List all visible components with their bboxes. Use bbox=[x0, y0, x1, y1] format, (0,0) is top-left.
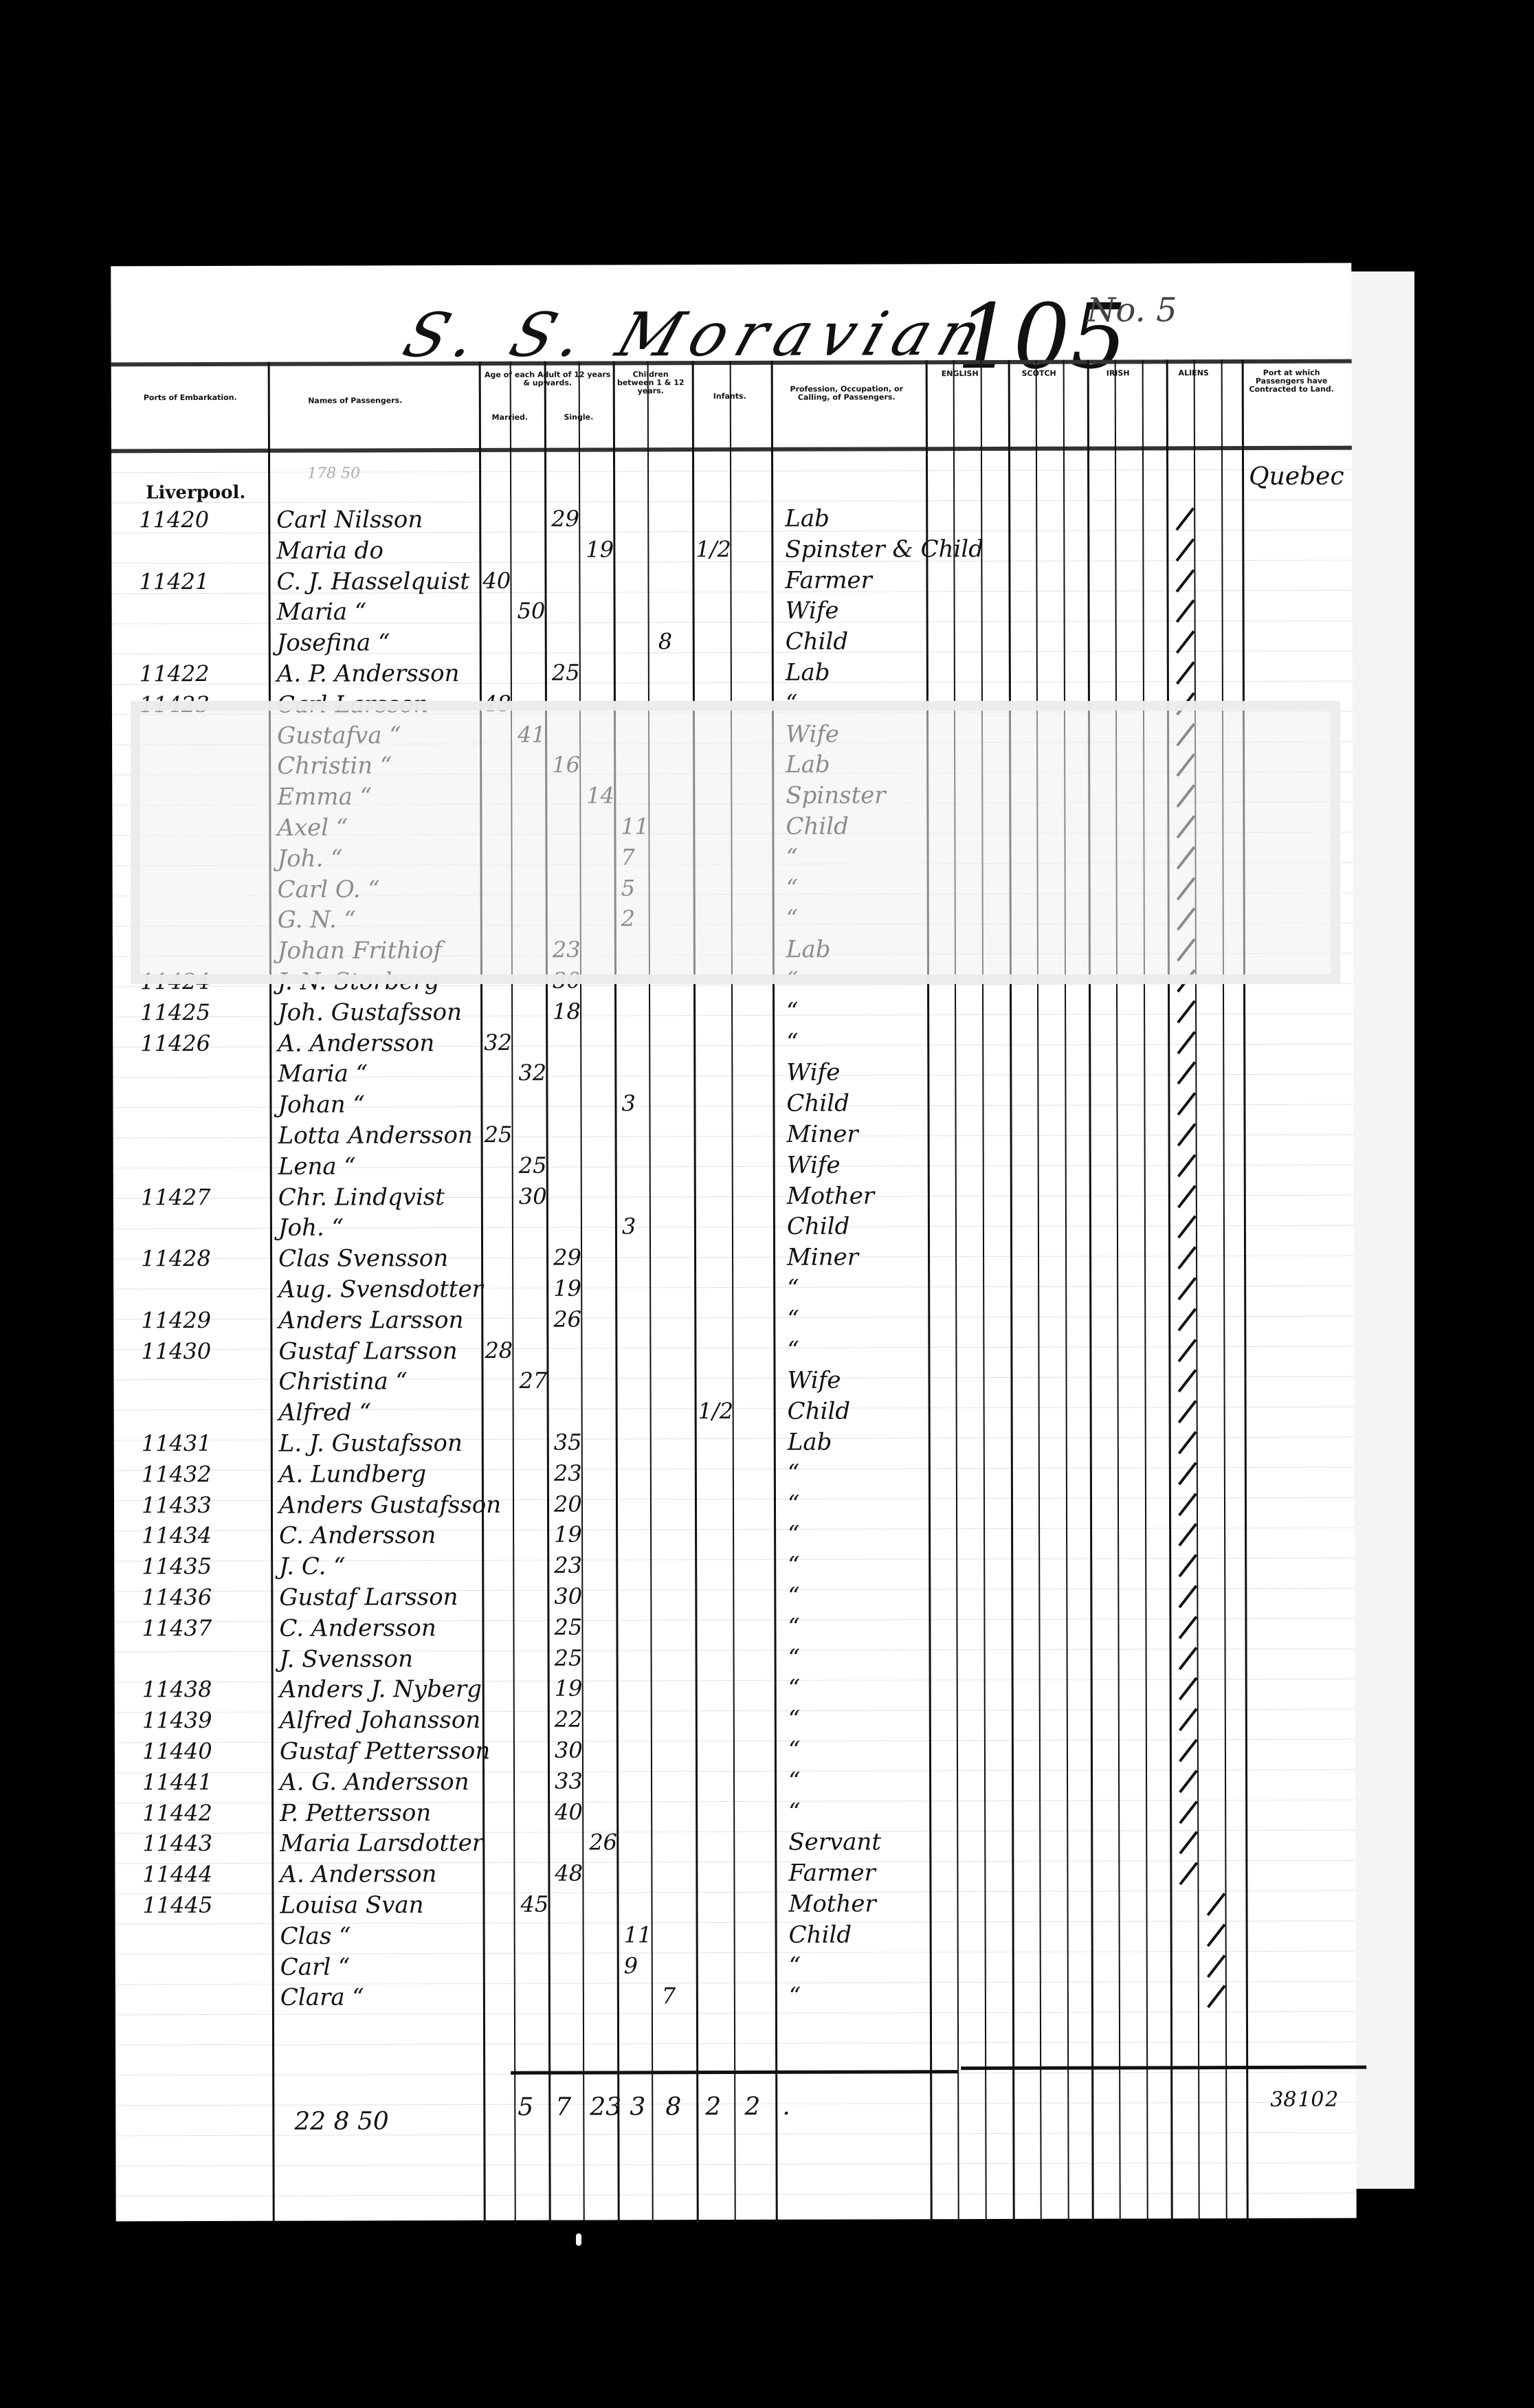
table-row: 11445Louisa Svan45Mother bbox=[115, 1889, 1355, 1923]
cell-name: Anders J. Nyberg bbox=[280, 1675, 482, 1704]
total-aliens-b: 10 bbox=[1298, 2088, 1324, 2112]
cell-ticket: 11431 bbox=[142, 1430, 212, 1456]
cell-occupation: Miner bbox=[787, 1121, 858, 1148]
cell-occupation: Lab bbox=[788, 1429, 832, 1456]
cell-ticket: 11442 bbox=[142, 1800, 212, 1826]
header-english: ENGLISH bbox=[922, 370, 998, 378]
cell-name: Clas Svensson bbox=[278, 1245, 448, 1273]
cell-ticket: 11430 bbox=[141, 1338, 211, 1364]
column-rules bbox=[111, 263, 1351, 267]
alien-tick-mark bbox=[1177, 1062, 1197, 1085]
cell-married-m: 40 bbox=[482, 567, 511, 593]
cell-child-m: 3 bbox=[622, 1214, 636, 1240]
cell-infant-m: 1/2 bbox=[698, 1398, 734, 1424]
cell-name: C. Andersson bbox=[279, 1522, 436, 1550]
totals-rule-right bbox=[961, 2066, 1366, 2071]
cell-married-f: 50 bbox=[518, 598, 546, 624]
cell-name: Anders Larsson bbox=[278, 1306, 463, 1335]
cell-single-m: 33 bbox=[555, 1768, 583, 1794]
total-child-m: 8 bbox=[665, 2093, 681, 2121]
table-row: 11421C. J. Hasselquist40Farmer bbox=[111, 565, 1352, 599]
cell-occupation: Child bbox=[786, 628, 849, 656]
cell-ticket: 11433 bbox=[142, 1492, 212, 1518]
cell-ticket: 11435 bbox=[142, 1553, 212, 1579]
header-ports: Ports of Embarkation. bbox=[125, 394, 256, 402]
cell-child-m: 3 bbox=[621, 1091, 635, 1117]
alien-tick-mark bbox=[1177, 1154, 1197, 1177]
table-row: 11432A. Lundberg23“ bbox=[114, 1458, 1355, 1491]
cell-occupation: “ bbox=[788, 1490, 799, 1517]
passenger-rows: 11420Carl Nilsson29LabMaria do191/2Spins… bbox=[111, 263, 1351, 267]
table-row: Aug. Svensdotter19“ bbox=[113, 1273, 1354, 1307]
cell-married-f: 32 bbox=[518, 1060, 546, 1086]
table-row: Christina “27Wife bbox=[113, 1365, 1354, 1399]
cell-occupation: “ bbox=[788, 1644, 800, 1671]
alien-tick-mark bbox=[1177, 1092, 1197, 1115]
page-edge bbox=[1347, 271, 1414, 2189]
cell-single-m: 25 bbox=[554, 1614, 582, 1640]
cell-ticket: 11444 bbox=[142, 1861, 212, 1887]
table-row: Maria do191/2Spinster & Child bbox=[111, 534, 1352, 568]
table-row: 11430Gustaf Larsson28“ bbox=[113, 1335, 1354, 1368]
cell-ticket: 11427 bbox=[141, 1184, 211, 1210]
passenger-list-page: S. S. Moravian 105 No. 5 Ports of Embark… bbox=[111, 263, 1356, 2222]
table-row: 11420Carl Nilsson29Lab bbox=[111, 504, 1352, 537]
table-row: 11428Clas Svensson29Miner bbox=[113, 1242, 1354, 1276]
table-row: 11431L. J. Gustafsson35Lab bbox=[114, 1427, 1355, 1461]
cell-occupation: Servant bbox=[788, 1829, 881, 1856]
alien-tick-mark bbox=[1179, 1831, 1198, 1855]
total-single-m: 23 bbox=[590, 2093, 621, 2121]
alien-tick-mark bbox=[1176, 630, 1195, 654]
alien-tick-mark bbox=[1177, 1246, 1197, 1269]
total-infant-m: 2 bbox=[744, 2093, 760, 2121]
cell-occupation: Wife bbox=[786, 597, 839, 625]
table-row: 11427Chr. Lindqvist30Mother bbox=[113, 1181, 1354, 1214]
alien-tick-mark bbox=[1178, 1554, 1197, 1577]
cell-married-m: 32 bbox=[484, 1029, 512, 1055]
table-row: 11438Anders J. Nyberg19“ bbox=[115, 1673, 1355, 1707]
table-row: 11440Gustaf Pettersson30“ bbox=[115, 1735, 1355, 1769]
cell-ticket: 11421 bbox=[139, 568, 209, 594]
table-row: 11435J. C. “23“ bbox=[114, 1550, 1355, 1584]
cell-name: Lena “ bbox=[278, 1152, 356, 1180]
cell-name: Josefina “ bbox=[277, 629, 390, 656]
table-row: Joh. “3Child bbox=[113, 1212, 1354, 1245]
table-row: 11422A. P. Andersson25Lab bbox=[112, 658, 1353, 691]
total-aliens-a: 38 bbox=[1270, 2088, 1296, 2112]
cell-occupation: Spinster & Child bbox=[785, 535, 983, 564]
cell-single-f: 19 bbox=[586, 536, 614, 562]
alien-tick-mark bbox=[1177, 1277, 1197, 1300]
cell-name: Johan “ bbox=[278, 1091, 364, 1119]
cell-name: A. Lundberg bbox=[279, 1460, 426, 1489]
cell-name: A. G. Andersson bbox=[280, 1768, 469, 1796]
cell-name: L. J. Gustafsson bbox=[279, 1429, 463, 1458]
alien-tick-mark bbox=[1176, 661, 1195, 684]
cell-name: Alfred “ bbox=[279, 1399, 371, 1427]
cell-occupation: “ bbox=[788, 1583, 799, 1610]
cell-single-m: 26 bbox=[553, 1306, 581, 1332]
cell-married-f: 25 bbox=[519, 1152, 547, 1179]
cell-name: Gustaf Pettersson bbox=[280, 1737, 490, 1765]
cell-married-f: 30 bbox=[519, 1183, 547, 1209]
table-row: 11426A. Andersson32“ bbox=[113, 1027, 1353, 1060]
cell-single-m: 29 bbox=[551, 506, 579, 532]
table-row: Carl “9“ bbox=[115, 1950, 1356, 1984]
table-row: Maria “32Wife bbox=[113, 1058, 1353, 1091]
cell-name: Anders Gustafsson bbox=[279, 1491, 501, 1519]
alien-tick-mark bbox=[1175, 507, 1194, 531]
cell-occupation: “ bbox=[787, 1275, 799, 1302]
cell-single-m: 25 bbox=[552, 660, 580, 686]
alien-tick-mark bbox=[1179, 1616, 1198, 1639]
cell-name: Clara “ bbox=[280, 1984, 364, 2011]
pencil-note: 178 50 bbox=[307, 465, 360, 482]
cell-ticket: 11438 bbox=[142, 1676, 212, 1702]
cell-name: Maria do bbox=[276, 537, 383, 564]
cell-ticket: 11441 bbox=[142, 1769, 212, 1795]
cell-name: Carl Nilsson bbox=[276, 506, 423, 534]
cell-occupation: Wife bbox=[787, 1367, 841, 1394]
cell-occupation: Mother bbox=[787, 1182, 874, 1209]
table-row: Lotta Andersson25Miner bbox=[113, 1119, 1354, 1153]
table-row: 11436Gustaf Larsson30“ bbox=[114, 1581, 1355, 1615]
cell-child-m: 11 bbox=[624, 1921, 652, 1948]
total-single-f: 3 bbox=[630, 2093, 645, 2121]
cell-ticket: 11428 bbox=[141, 1245, 211, 1271]
cell-single-m: 30 bbox=[554, 1583, 582, 1609]
table-row: J. Svensson25“ bbox=[115, 1642, 1355, 1676]
alien-tick-mark bbox=[1179, 1739, 1198, 1762]
alien-tick-mark bbox=[1178, 1493, 1197, 1516]
cell-occupation: Child bbox=[789, 1921, 852, 1948]
cell-occupation: “ bbox=[789, 1952, 801, 1979]
cell-name: Lotta Andersson bbox=[278, 1122, 473, 1150]
cell-ticket: 11420 bbox=[139, 506, 209, 533]
cell-ticket: 11437 bbox=[142, 1615, 212, 1641]
cell-occupation: “ bbox=[788, 1768, 800, 1795]
cell-name: Gustaf Larsson bbox=[279, 1583, 458, 1612]
cell-occupation: Wife bbox=[786, 1059, 840, 1086]
cell-child-m: 9 bbox=[624, 1952, 638, 1978]
cell-occupation: “ bbox=[788, 1798, 800, 1825]
cell-name: Maria “ bbox=[278, 1060, 368, 1088]
alien-tick-mark bbox=[1176, 538, 1195, 561]
table-row: 11429Anders Larsson26“ bbox=[113, 1304, 1354, 1337]
cell-name: J. Svensson bbox=[280, 1645, 413, 1673]
alien-tick-mark bbox=[1179, 1801, 1198, 1824]
table-row: Clara “7“ bbox=[115, 1981, 1356, 2015]
total-married-f: 7 bbox=[555, 2093, 571, 2121]
page-suffix: No. 5 bbox=[1087, 291, 1177, 329]
alien-tick-mark bbox=[1179, 1677, 1198, 1701]
alien-tick-mark bbox=[1176, 600, 1195, 623]
alien-tick-mark bbox=[1177, 1185, 1197, 1208]
cell-ticket: 11436 bbox=[142, 1584, 212, 1610]
cell-name: A. Andersson bbox=[280, 1860, 436, 1888]
table-row: 11444A. Andersson48Farmer bbox=[115, 1858, 1355, 1892]
cell-occupation: “ bbox=[786, 998, 798, 1025]
cell-occupation: Lab bbox=[786, 659, 830, 687]
cell-occupation: Miner bbox=[787, 1244, 858, 1271]
cell-ticket: 11425 bbox=[140, 999, 210, 1025]
cell-occupation: Child bbox=[788, 1398, 851, 1425]
cell-single-m: 18 bbox=[553, 998, 581, 1024]
alien-tick-mark bbox=[1207, 1924, 1226, 1947]
cell-single-m: 40 bbox=[555, 1798, 583, 1825]
cell-ticket: 11434 bbox=[142, 1522, 212, 1548]
alien-tick-mark bbox=[1177, 1000, 1196, 1023]
table-row: Josefina “8Child bbox=[112, 627, 1353, 660]
alien-tick-mark bbox=[1177, 1123, 1197, 1146]
cell-name: Joh. “ bbox=[278, 1214, 344, 1242]
table-row: 11443Maria Larsdotter26Servant bbox=[115, 1827, 1355, 1861]
alien-tick-mark bbox=[1179, 1770, 1198, 1793]
cell-single-f: 26 bbox=[589, 1829, 617, 1855]
cell-name: Maria Larsdotter bbox=[280, 1829, 483, 1858]
table-row: Lena “25Wife bbox=[113, 1150, 1354, 1183]
alien-tick-mark bbox=[1178, 1431, 1197, 1454]
cell-occupation: “ bbox=[787, 1306, 799, 1333]
cell-occupation: “ bbox=[788, 1706, 800, 1733]
cell-single-m: 35 bbox=[554, 1429, 582, 1456]
cell-ticket: 11432 bbox=[142, 1461, 212, 1487]
ruled-lines bbox=[111, 263, 1351, 267]
cell-single-m: 20 bbox=[554, 1491, 582, 1517]
cell-single-m: 19 bbox=[555, 1675, 583, 1702]
alien-tick-mark bbox=[1176, 569, 1195, 592]
cell-single-m: 23 bbox=[554, 1552, 582, 1579]
alien-tick-mark bbox=[1178, 1400, 1197, 1423]
total-married-m: 5 bbox=[518, 2093, 533, 2121]
cell-single-m: 22 bbox=[555, 1706, 583, 1732]
cell-name: Aug. Svensdotter bbox=[278, 1275, 483, 1304]
cell-name: Alfred Johansson bbox=[280, 1706, 480, 1735]
alien-tick-mark bbox=[1177, 1216, 1197, 1239]
alien-tick-mark bbox=[1179, 1647, 1198, 1670]
scan-speck bbox=[576, 2233, 581, 2246]
alien-tick-mark bbox=[1179, 1708, 1198, 1731]
cell-occupation: Lab bbox=[785, 505, 830, 533]
cell-child-f: 8 bbox=[658, 628, 672, 654]
table-row: 11425Joh. Gustafsson18“ bbox=[113, 996, 1353, 1029]
header-names: Names of Passengers. bbox=[269, 397, 441, 405]
total-statute-adults: 22 8 50 bbox=[294, 2107, 389, 2135]
cell-occupation: “ bbox=[789, 1983, 801, 2010]
header-profession: Profession, Occupation, or Calling, of P… bbox=[778, 385, 915, 402]
cell-child-f: 7 bbox=[662, 1983, 676, 2009]
alien-tick-mark bbox=[1178, 1370, 1197, 1393]
cell-name: J. C. “ bbox=[279, 1553, 346, 1581]
alien-tick-mark bbox=[1178, 1339, 1197, 1362]
cell-name: C. J. Hasselquist bbox=[276, 568, 469, 596]
cell-name: Maria “ bbox=[277, 599, 367, 626]
cell-occupation: “ bbox=[786, 1028, 798, 1056]
cell-single-m: 23 bbox=[554, 1460, 582, 1486]
totals-rule-left bbox=[511, 2070, 957, 2075]
table-row: 11442P. Pettersson40“ bbox=[115, 1796, 1355, 1830]
cell-single-m: 48 bbox=[555, 1860, 583, 1886]
cell-single-m: 30 bbox=[555, 1737, 583, 1763]
cell-occupation: Child bbox=[786, 1090, 849, 1117]
cell-single-m: 29 bbox=[553, 1245, 581, 1271]
header-children: Children between 1 & 12 years. bbox=[616, 370, 685, 395]
cell-married-f: 45 bbox=[520, 1891, 548, 1917]
total-infant-f: . bbox=[782, 2093, 790, 2121]
cell-name: Chr. Lindqvist bbox=[278, 1183, 445, 1212]
alien-tick-mark bbox=[1177, 1031, 1196, 1054]
cell-occupation: “ bbox=[788, 1675, 800, 1702]
cell-name: A. Andersson bbox=[278, 1029, 434, 1058]
total-aliens-c: 2 bbox=[1325, 2088, 1338, 2112]
cell-ticket: 11426 bbox=[140, 1030, 210, 1056]
cell-occupation: “ bbox=[788, 1460, 799, 1487]
table-row: 11437C. Andersson25“ bbox=[114, 1612, 1355, 1645]
cell-occupation: Mother bbox=[788, 1890, 876, 1917]
table-row: Maria “50Wife bbox=[112, 596, 1353, 629]
cell-occupation: Child bbox=[787, 1213, 850, 1240]
cell-married-f: 27 bbox=[519, 1368, 547, 1394]
header-adults: Age of each Adult of 12 years & upwards. bbox=[482, 370, 613, 387]
cell-name: Christina “ bbox=[278, 1368, 407, 1396]
highlight-overlay bbox=[131, 701, 1340, 984]
cell-name: Joh. Gustafsson bbox=[278, 999, 462, 1027]
table-row: 11441A. G. Andersson33“ bbox=[115, 1765, 1355, 1799]
alien-tick-mark bbox=[1178, 1462, 1197, 1485]
alien-tick-mark bbox=[1179, 1585, 1198, 1608]
header-irish: IRISH bbox=[1087, 369, 1149, 377]
cell-occupation: Farmer bbox=[785, 566, 872, 594]
cell-occupation: “ bbox=[788, 1614, 799, 1641]
alien-tick-mark bbox=[1179, 1862, 1199, 1885]
cell-ticket: 11439 bbox=[142, 1707, 212, 1733]
table-row: Clas “11Child bbox=[115, 1919, 1356, 1953]
cell-single-m: 19 bbox=[554, 1521, 582, 1548]
cell-name: Carl “ bbox=[280, 1953, 351, 1981]
total-child-f: 2 bbox=[705, 2093, 721, 2121]
cell-ticket: 11422 bbox=[140, 660, 210, 687]
cell-single-m: 25 bbox=[555, 1645, 583, 1671]
cell-occupation: Farmer bbox=[788, 1860, 876, 1887]
cell-name: A. P. Andersson bbox=[277, 660, 460, 688]
table-row: Alfred “1/2Child bbox=[114, 1396, 1355, 1430]
cell-name: Clas “ bbox=[280, 1922, 351, 1950]
cell-occupation: “ bbox=[788, 1737, 800, 1764]
alien-tick-mark bbox=[1178, 1524, 1197, 1547]
table-row: 11433Anders Gustafsson20“ bbox=[114, 1489, 1355, 1522]
cell-occupation: “ bbox=[788, 1521, 799, 1548]
cell-name: C. Andersson bbox=[279, 1614, 436, 1642]
table-row: Johan “3Child bbox=[113, 1089, 1353, 1122]
alien-tick-mark bbox=[1207, 1954, 1226, 1978]
cell-ticket: 11429 bbox=[141, 1307, 211, 1333]
cell-infant-m: 1/2 bbox=[696, 536, 731, 562]
cell-married-m: 25 bbox=[485, 1122, 513, 1148]
cell-married-m: 28 bbox=[485, 1337, 513, 1363]
cell-occupation: “ bbox=[787, 1336, 799, 1363]
table-row: 11439Alfred Johansson22“ bbox=[115, 1704, 1355, 1738]
cell-occupation: “ bbox=[788, 1552, 799, 1579]
port-of-embarkation: Liverpool. bbox=[146, 482, 245, 503]
port-to-land: Quebec bbox=[1249, 462, 1344, 491]
cell-ticket: 11443 bbox=[142, 1830, 212, 1856]
alien-tick-mark bbox=[1207, 1893, 1226, 1916]
header-port-landed: Port at which Passengers have Contracted… bbox=[1242, 369, 1342, 394]
cell-name: P. Pettersson bbox=[280, 1799, 431, 1827]
cell-ticket: 11440 bbox=[142, 1738, 212, 1764]
cell-name: Louisa Svan bbox=[280, 1891, 423, 1919]
cell-ticket: 11445 bbox=[142, 1892, 212, 1918]
cell-name: Gustaf Larsson bbox=[278, 1337, 457, 1365]
table-row: 11434C. Andersson19“ bbox=[114, 1519, 1355, 1553]
cell-occupation: Wife bbox=[787, 1151, 841, 1179]
cell-single-m: 19 bbox=[553, 1275, 581, 1302]
alien-tick-mark bbox=[1207, 1985, 1226, 2009]
alien-tick-mark bbox=[1177, 1308, 1197, 1331]
